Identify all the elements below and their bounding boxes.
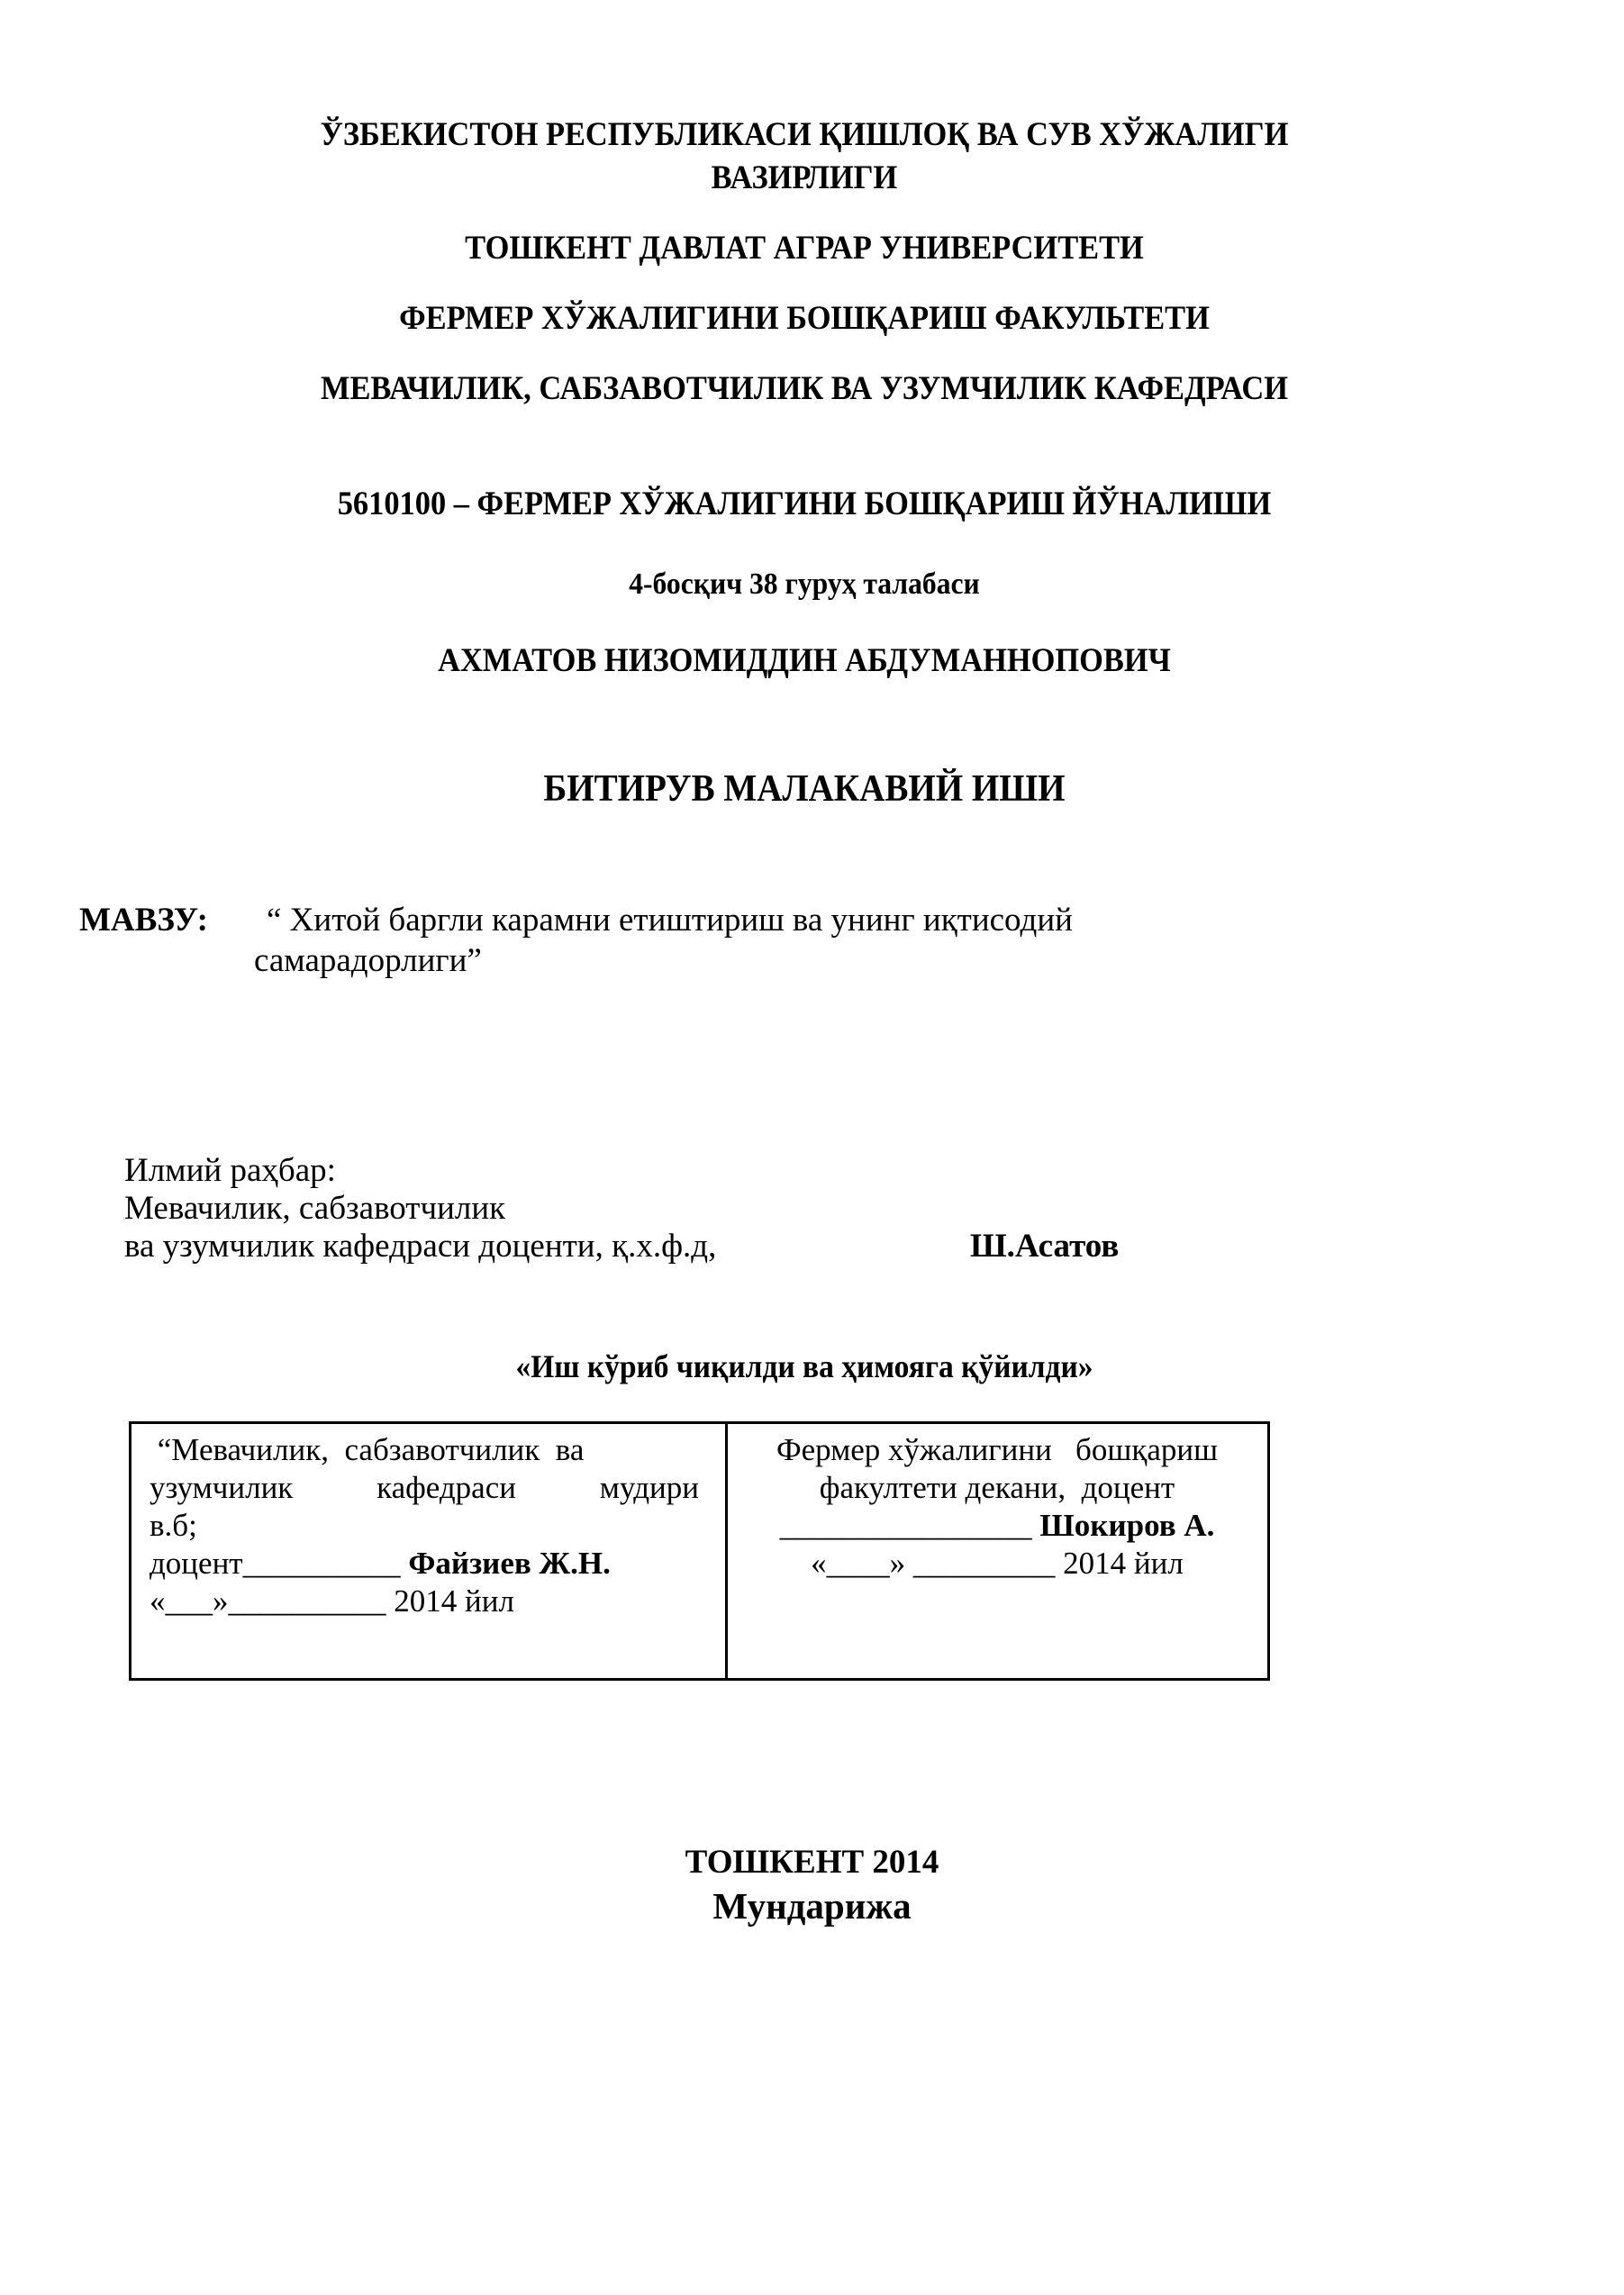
- department-title: МЕВАЧИЛИК, САБЗАВОТЧИЛИК ВА УЗУМЧИЛИК КА…: [50, 369, 1560, 408]
- supervisor-dept: Мевачилик, сабзавотчилик: [124, 1189, 505, 1228]
- approval-cell-dean: Фермер хўжалигини бошқариш факултети дек…: [737, 1431, 1257, 1583]
- table-divider: [725, 1424, 728, 1678]
- dean-line2: факултети декани, доцент: [737, 1469, 1257, 1507]
- dept-head-line1: “Мевачилик, сабзавотчилик ва: [150, 1431, 699, 1469]
- supervisor-label: Илмий раҳбар:: [124, 1151, 336, 1190]
- supervisor-position: ва узумчилик кафедраси доценти, қ.х.ф.д,: [124, 1227, 716, 1265]
- topic-label: МАВЗУ:: [79, 901, 208, 939]
- student-name: АХМАТОВ НИЗОМИДДИН АБДУМАННОПОВИЧ: [50, 641, 1560, 680]
- direction-title: 5610100 – ФЕРМЕР ХЎЖАЛИГИНИ БОШҚАРИШ ЙЎН…: [50, 485, 1560, 523]
- topic-line2: самарадорлиги”: [254, 941, 482, 980]
- approval-cell-department-head: “Мевачилик, сабзавотчилик ва узумчилик к…: [150, 1431, 699, 1620]
- dept-head-signature-line: доцент__________ Файзиев Ж.Н.: [150, 1545, 699, 1583]
- supervisor-name: Ш.Асатов: [970, 1227, 1119, 1265]
- ministry-title-line1: ЎЗБЕКИСТОН РЕСПУБЛИКАСИ ҚИШЛОҚ ВА СУВ ХЎ…: [50, 115, 1560, 154]
- contents-title: Мундарижа: [0, 1884, 1624, 1928]
- dept-head-name: Файзиев Ж.Н.: [408, 1546, 610, 1581]
- university-title: ТОШКЕНТ ДАВЛАТ АГРАР УНИВЕРСИТЕТИ: [50, 229, 1560, 268]
- work-type-title: БИТИРУВ МАЛАКАВИЙ ИШИ: [50, 767, 1560, 811]
- faculty-title: ФЕРМЕР ХЎЖАЛИГИНИ БОШҚАРИШ ФАКУЛЬТЕТИ: [50, 299, 1560, 338]
- topic-line1: “ Хитой баргли карамни етиштириш ва унин…: [267, 901, 1073, 939]
- approval-table: “Мевачилик, сабзавотчилик ва узумчилик к…: [129, 1421, 1270, 1681]
- dean-signature-line: ________________ Шокиров А.: [737, 1507, 1257, 1545]
- dean-date-line: «____» _________ 2014 йил: [737, 1545, 1257, 1583]
- approval-heading: «Иш кўриб чиқилди ва ҳимояга қўйилди»: [50, 1347, 1560, 1385]
- dept-head-date-line: «___»__________ 2014 йил: [150, 1583, 699, 1620]
- dean-name: Шокиров А.: [1039, 1508, 1214, 1543]
- dept-head-line3: в.б;: [150, 1507, 699, 1545]
- dean-line1: Фермер хўжалигини бошқариш: [737, 1431, 1257, 1469]
- city-year: ТОШКЕНТ 2014: [0, 1843, 1624, 1882]
- dept-head-line2: узумчилик кафедраси мудири: [150, 1469, 699, 1507]
- ministry-title-line2: ВАЗИРЛИГИ: [50, 159, 1560, 197]
- student-group: 4-босқич 38 гуруҳ талабаси: [50, 567, 1560, 602]
